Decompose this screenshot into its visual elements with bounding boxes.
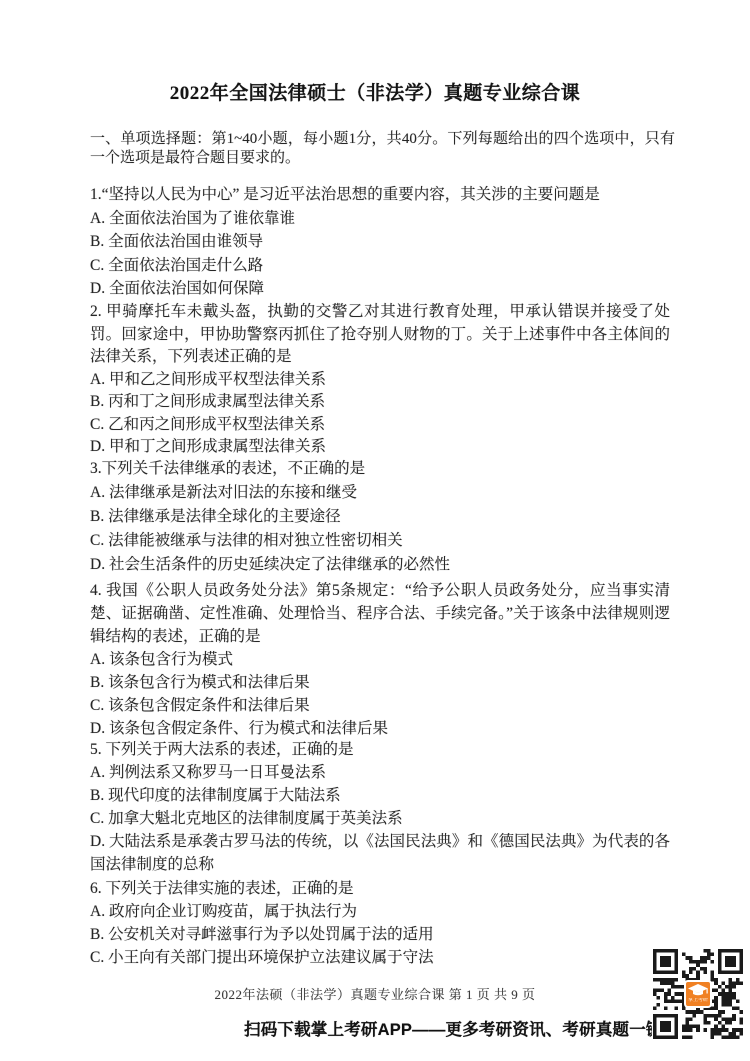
question-1-stem: 1.“坚持以人民为中心” 是习近平法治思想的重要内容，其关涉的主要问题是 [90,183,670,207]
question-5-option-d: D. 大陆法系是承袭古罗马法的传统，以《法国民法典》和《德国民法典》为代表的各国… [90,830,670,876]
question-2-option-b: B. 丙和丁之间形成隶属型法律关系 [90,391,670,414]
question-3-stem: 3.下列关千法律继承的表述，不正确的是 [90,457,670,481]
question-3-option-a: A. 法律继承是新法对旧法的东接和继受 [90,481,670,505]
question-1: 1.“坚持以人民为中心” 是习近平法治思想的重要内容，其关涉的主要问题是 A. … [90,183,670,301]
section-instructions: 一、单项选择题：第1~40小题，每小题1分，共40分。下列每题给出的四个选项中，… [90,130,675,168]
app-logo-text: 掌上考研 [686,998,710,1003]
question-2-stem: 2. 甲骑摩托车未戴头盔，执勤的交警乙对其进行教育处理，甲承认错误并接受了处罚。… [90,301,670,369]
question-6-option-c: C. 小王向有关部门提出环境保护立法建议属于守法 [90,946,670,969]
question-1-option-a: A. 全面依法治国为了谁依靠谁 [90,207,670,231]
question-2-option-d: D. 甲和丁之间形成隶属型法律关系 [90,436,670,459]
question-2-option-c: C. 乙和丙之间形成平权型法律关系 [90,414,670,437]
question-1-option-d: D. 全面依法治国如何保障 [90,277,670,301]
question-6-stem: 6. 下列关于法律实施的表述，正确的是 [90,877,670,900]
question-1-option-c: C. 全面依法治国走什么路 [90,254,670,278]
question-6-option-a: A. 政府向企业订购疫苗，属于执法行为 [90,900,670,923]
footer-app-promo: 扫码下载掌上考研APP——更多考研资讯、考研真题一键获取 [244,1016,654,1040]
question-4-stem: 4. 我国《公职人员政务处分法》第5条规定：“给予公职人员政务处分，应当事实清楚… [90,579,670,648]
question-6: 6. 下列关于法律实施的表述，正确的是 A. 政府向企业订购疫苗，属于执法行为 … [90,877,670,969]
question-6-option-b: B. 公安机关对寻衅滋事行为予以处罚属于法的适用 [90,923,670,946]
app-download-qr-code: 掌上考研 [652,949,744,1039]
question-4: 4. 我国《公职人员政务处分法》第5条规定：“给予公职人员政务处分，应当事实清楚… [90,579,670,740]
question-3-option-b: B. 法律继承是法律全球化的主要途径 [90,505,670,529]
app-logo: 掌上考研 [684,980,712,1008]
question-4-option-b: B. 该条包含行为模式和法律后果 [90,671,670,694]
question-1-option-b: B. 全面依法治国由谁领导 [90,230,670,254]
question-4-option-d: D. 该条包含假定条件、行为模式和法律后果 [90,717,670,740]
question-5: 5. 下列关于两大法系的表述，正确的是 A. 判例法系又称罗马一日耳曼法系 B.… [90,738,670,876]
question-3: 3.下列关千法律继承的表述，不正确的是 A. 法律继承是新法对旧法的东接和继受 … [90,457,670,577]
question-4-option-a: A. 该条包含行为模式 [90,648,670,671]
question-5-option-b: B. 现代印度的法律制度属于大陆法系 [90,784,670,807]
footer-page-info: 2022年法硕（非法学）真题专业综合课 第 1 页 共 9 页 [0,984,750,1003]
question-4-option-c: C. 该条包含假定条件和法律后果 [90,694,670,717]
question-2-option-a: A. 甲和乙之间形成平权型法律关系 [90,369,670,392]
question-5-option-c: C. 加拿大魁北克地区的法律制度属于英美法系 [90,807,670,830]
question-3-option-c: C. 法律能被继承与法律的相对独立性密切相关 [90,529,670,553]
graduation-cap-icon [686,983,710,998]
question-5-option-a: A. 判例法系又称罗马一日耳曼法系 [90,761,670,784]
page-title: 2022年全国法律硕士（非法学）真题专业综合课 [0,78,750,105]
question-5-stem: 5. 下列关于两大法系的表述，正确的是 [90,738,670,761]
exam-document-page: 2022年全国法律硕士（非法学）真题专业综合课 一、单项选择题：第1~40小题，… [0,0,750,1061]
question-2: 2. 甲骑摩托车未戴头盔，执勤的交警乙对其进行教育处理，甲承认错误并接受了处罚。… [90,301,670,459]
question-3-option-d: D. 社会生活条件的历史延续决定了法律继承的必然性 [90,553,670,577]
